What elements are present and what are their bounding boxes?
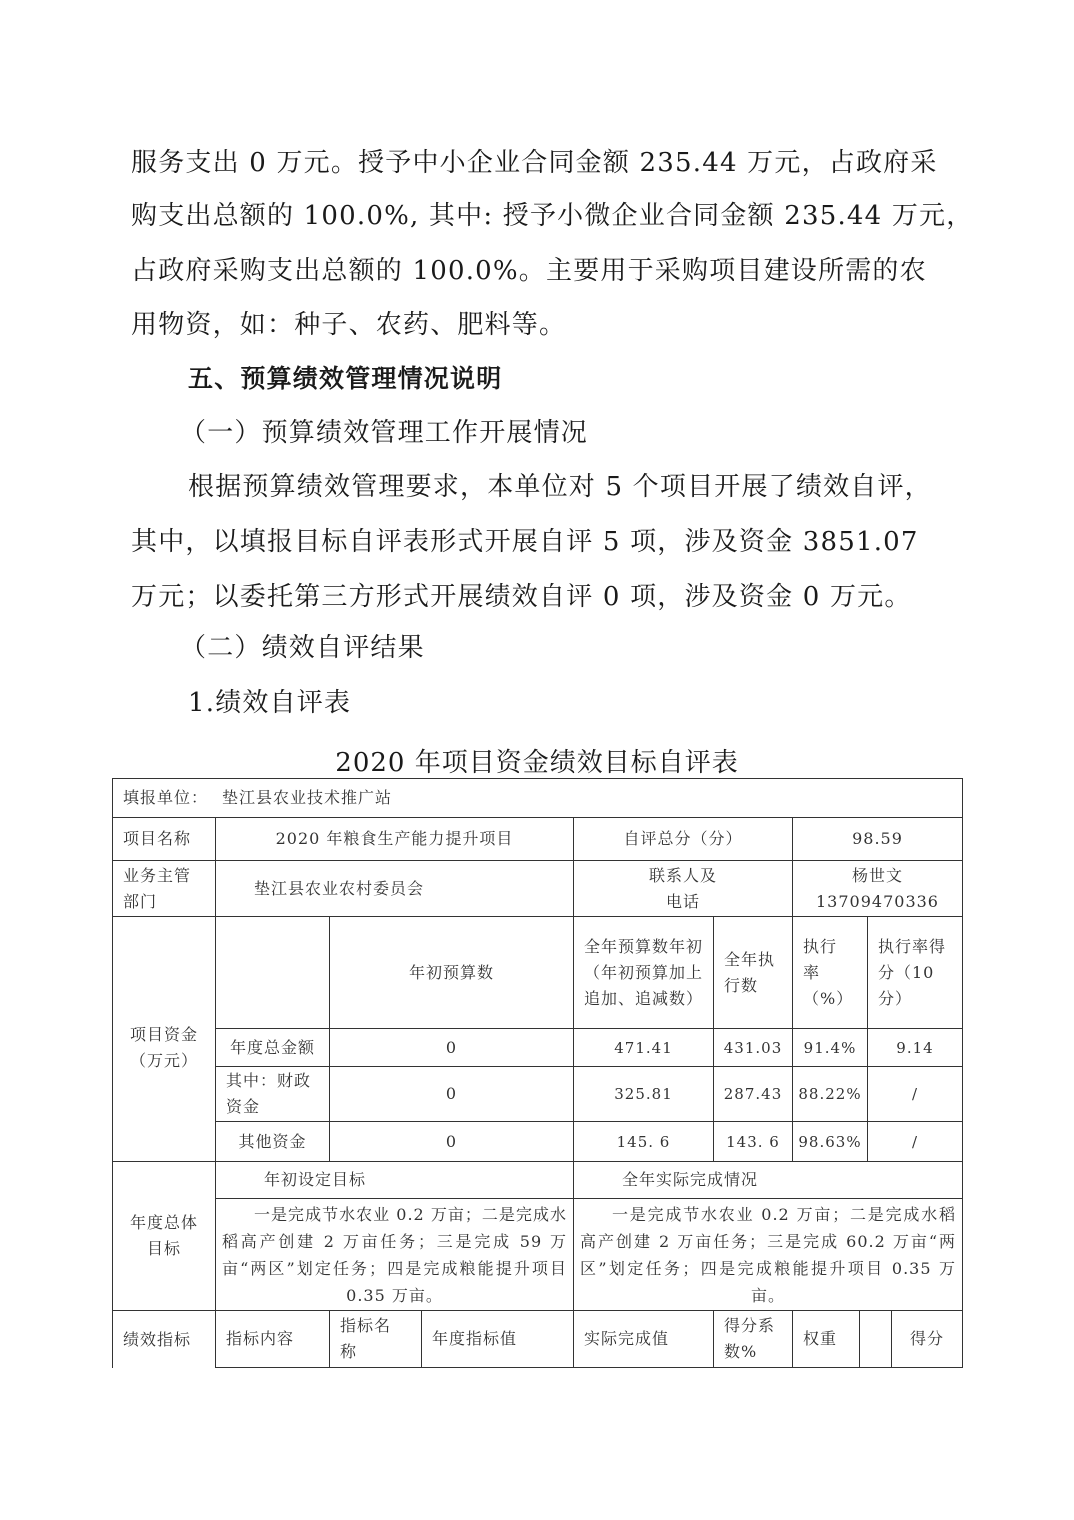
- funds-row-label: 年度总金额: [215, 1028, 330, 1067]
- header-initial-budget: 年初预算数: [329, 916, 574, 1029]
- subsection-heading: （二）绩效自评结果: [180, 635, 1000, 661]
- paragraph-line: 用物资，如：种子、农药、肥料等。: [131, 312, 951, 338]
- goals-label: 年度总体目标: [112, 1161, 216, 1311]
- reporting-unit-label: 填报单位：: [123, 785, 208, 811]
- indicator-header-blank: [859, 1310, 892, 1368]
- funds-row-initial: 0: [329, 1066, 574, 1122]
- indicators-label: 绩效指标: [112, 1310, 216, 1368]
- funds-row-annual: 145. 6: [573, 1121, 714, 1162]
- project-name-label: 项目名称: [112, 817, 216, 861]
- goals-actual-header: 全年实际完成情况: [573, 1161, 963, 1199]
- header-annual-budget: 全年预算数年初（年初预算加上追加、追减数）: [573, 916, 714, 1029]
- funds-row-initial: 0: [329, 1028, 574, 1067]
- indicator-header-weight: 权重: [792, 1310, 860, 1368]
- goals-set-text: 一是完成节水农业 0.2 万亩；二是完成水稻高产创建 2 万亩任务；三是完成 5…: [215, 1198, 574, 1311]
- contact-label: 联系人及电话: [573, 860, 793, 917]
- paragraph-line: 其中，以填报目标自评表形式开展自评 5 项，涉及资金 3851.07: [131, 529, 951, 555]
- section-heading: 五、预算绩效管理情况说明: [188, 366, 1008, 392]
- funds-row-executed: 431.03: [713, 1028, 793, 1067]
- indicator-header-coef: 得分系数%: [713, 1310, 793, 1368]
- self-score-value: 98.59: [792, 817, 963, 861]
- funds-row-score: /: [867, 1066, 963, 1122]
- project-name-value: 2020 年粮食生产能力提升项目: [215, 817, 574, 861]
- subsection-heading: （一）预算绩效管理工作开展情况: [180, 420, 1000, 446]
- paragraph-line: 购支出总额的 100.0%, 其中: 授予小微企业合同金额 235.44 万元，: [131, 203, 951, 229]
- dept-value: 垫江县农业农村委员会: [215, 860, 574, 917]
- funds-row-executed: 287.43: [713, 1066, 793, 1122]
- paragraph-line: 万元；以委托第三方形式开展绩效自评 0 项，涉及资金 0 万元。: [131, 584, 951, 610]
- item-heading: 1.绩效自评表: [188, 690, 1008, 716]
- reporting-unit-value: 垫江县农业技术推广站: [222, 785, 392, 811]
- funds-row-score: 9.14: [867, 1028, 963, 1067]
- funds-row-annual: 471.41: [573, 1028, 714, 1067]
- funds-row-rate: 98.63%: [792, 1121, 868, 1162]
- funds-label: 项目资金（万元）: [112, 916, 216, 1162]
- paragraph-line: 服务支出 0 万元。授予中小企业合同金额 235.44 万元，占政府采: [131, 150, 951, 176]
- funds-row-score: /: [867, 1121, 963, 1162]
- indicator-header-actual-value: 实际完成值: [573, 1310, 714, 1368]
- self-score-label: 自评总分（分）: [573, 817, 793, 861]
- indicator-header-score: 得分: [891, 1310, 963, 1368]
- dept-label: 业务主管部门: [112, 860, 216, 917]
- contact-phone: 13709470336: [816, 889, 939, 915]
- funds-row-label: 其他资金: [215, 1121, 330, 1162]
- paragraph-line: 根据预算绩效管理要求，本单位对 5 个项目开展了绩效自评，: [188, 474, 1008, 500]
- indicator-header-annual-value: 年度指标值: [421, 1310, 574, 1368]
- header-exec-rate: 执行率（%）: [792, 916, 868, 1029]
- contact-value: 杨世文 13709470336: [792, 860, 963, 917]
- header-exec-score: 执行率得分（10 分）: [867, 916, 963, 1029]
- funds-row-rate: 88.22%: [792, 1066, 868, 1122]
- funds-header-blank: [215, 916, 330, 1029]
- indicator-header-name: 指标名称: [329, 1310, 422, 1368]
- contact-name: 杨世文: [852, 863, 903, 889]
- paragraph-line: 占政府采购支出总额的 100.0%。主要用于采购项目建设所需的农: [131, 258, 951, 284]
- funds-row-annual: 325.81: [573, 1066, 714, 1122]
- reporting-unit-row: 填报单位： 垫江县农业技术推广站: [112, 778, 963, 818]
- funds-row-initial: 0: [329, 1121, 574, 1162]
- funds-row-rate: 91.4%: [792, 1028, 868, 1067]
- indicator-header-content: 指标内容: [215, 1310, 330, 1368]
- funds-row-executed: 143. 6: [713, 1121, 793, 1162]
- goals-set-header: 年初设定目标: [215, 1161, 574, 1199]
- goals-actual-text: 一是完成节水农业 0.2 万亩；二是完成水稻高产创建 2 万亩任务；三是完成 6…: [573, 1198, 963, 1311]
- header-executed: 全年执行数: [713, 916, 793, 1029]
- table-title: 2020 年项目资金绩效目标自评表: [0, 742, 1074, 779]
- funds-row-label: 其中：财政资金: [215, 1066, 330, 1122]
